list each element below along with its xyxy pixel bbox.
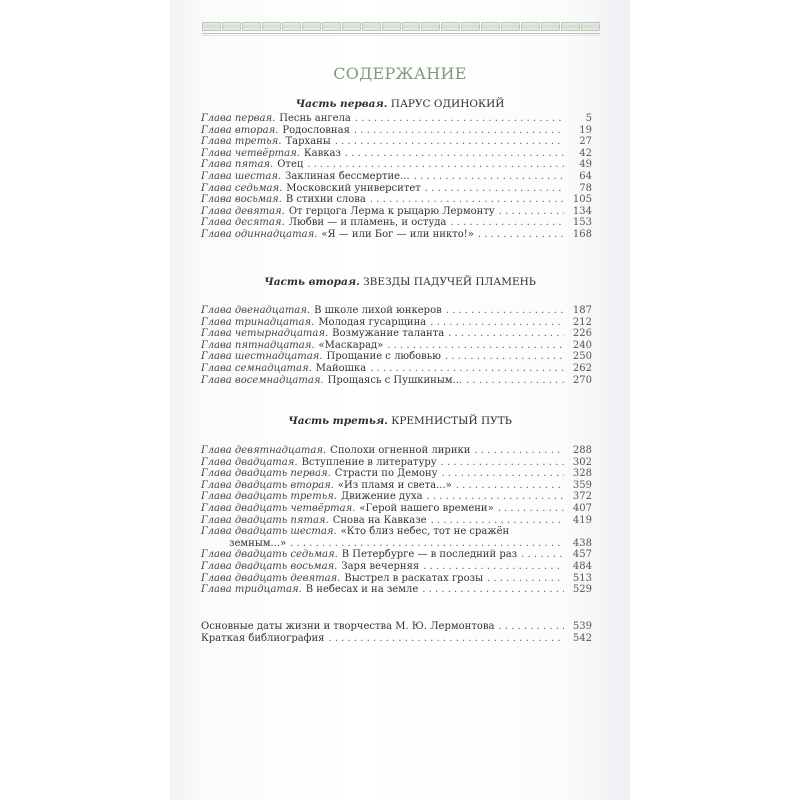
chapter-title: Страсти по Демону xyxy=(335,468,438,480)
chapter-label: Глава двадцать третья. xyxy=(201,491,337,503)
toc-entry[interactable]: земным...»438 xyxy=(201,538,592,550)
chapter-label: Глава восьмая. xyxy=(201,194,282,206)
toc-list-part-1: Глава первая.Песнь ангела5Глава вторая.Р… xyxy=(201,113,592,241)
toc-entry[interactable]: Глава тринадцатая.Молодая гусарщина212 xyxy=(201,317,592,329)
page-number: 407 xyxy=(570,503,592,515)
ornament-tile xyxy=(581,22,600,31)
leader-dots xyxy=(370,194,564,206)
toc-entry[interactable]: Глава девятая.От герцога Лерма к рыцарю … xyxy=(201,206,592,218)
ornament-tile xyxy=(282,22,301,31)
leader-dots xyxy=(430,317,564,329)
leader-dots xyxy=(498,621,564,633)
part-label: Часть третья. xyxy=(288,415,388,427)
leader-dots xyxy=(354,125,564,137)
chapter-title: Отец xyxy=(277,159,303,171)
leader-dots xyxy=(456,480,564,492)
page-number: 542 xyxy=(570,633,592,645)
chapter-label: Глава тринадцатая. xyxy=(201,317,314,329)
chapter-label: Глава девятая. xyxy=(201,206,285,218)
leader-dots xyxy=(498,503,564,515)
toc-entry[interactable]: Глава четвёртая.Кавказ42 xyxy=(201,148,592,160)
chapter-title: Сполохи огненной лирики xyxy=(330,445,470,457)
leader-dots xyxy=(422,584,564,596)
chapter-title: В Петербурге — в последний раз xyxy=(342,549,517,561)
part-label: Часть вторая. xyxy=(264,276,360,288)
page-number: 438 xyxy=(570,538,592,550)
chapter-title: В небесах и на земле xyxy=(306,584,419,596)
toc-entry[interactable]: Глава двадцать девятая.Выстрел в раската… xyxy=(201,573,592,585)
page-number: 226 xyxy=(570,328,592,340)
ornament-tile xyxy=(222,22,241,31)
leader-dots xyxy=(450,217,564,229)
chapter-label: Глава седьмая. xyxy=(201,183,282,195)
toc-entry[interactable]: Глава десятая.Любви — и пламень, и остуд… xyxy=(201,217,592,229)
chapter-label: Глава шестая. xyxy=(201,171,281,183)
chapter-label: Глава десятая. xyxy=(201,217,285,229)
toc-entry[interactable]: Глава пятая.Отец49 xyxy=(201,159,592,171)
leader-dots xyxy=(307,159,564,171)
chapter-label: Глава двадцать первая. xyxy=(201,468,331,480)
page-number: 250 xyxy=(570,351,592,363)
chapter-title: «Герой нашего времени» xyxy=(359,503,493,515)
page-title: СОДЕРЖАНИЕ xyxy=(170,64,630,83)
chapter-title: От герцога Лерма к рыцарю Лермонту xyxy=(289,206,495,218)
leader-dots xyxy=(474,445,564,457)
ornament-rule-secondary xyxy=(202,35,600,36)
leader-dots xyxy=(370,363,564,375)
ornament-tile xyxy=(362,22,381,31)
toc-entry[interactable]: Глава тридцатая.В небесах и на земле529 xyxy=(201,584,592,596)
chapter-label: Глава семнадцатая. xyxy=(201,363,312,375)
leader-dots xyxy=(335,136,564,148)
toc-entry[interactable]: Глава седьмая.Московский университет78 xyxy=(201,183,592,195)
chapter-label: Глава пятая. xyxy=(201,159,273,171)
chapter-label: Глава восемнадцатая. xyxy=(201,375,324,387)
appendix-title: Основные даты жизни и творчества М. Ю. Л… xyxy=(201,621,494,633)
page-number: 539 xyxy=(570,621,592,633)
leader-dots xyxy=(414,171,564,183)
chapter-title: «Кто близ небес, тот не сражён xyxy=(341,526,510,538)
part-label: Часть первая. xyxy=(296,98,388,110)
chapter-title: «Я — или Бог — или никто!» xyxy=(321,229,474,241)
part-heading-3: Часть третья. КРЕМНИСТЫЙ ПУТЬ xyxy=(170,415,630,427)
chapter-label: Глава двадцать девятая. xyxy=(201,573,340,585)
leader-dots xyxy=(466,375,564,387)
ornament-tile xyxy=(541,22,560,31)
chapter-title: Снова на Кавказе xyxy=(333,515,427,527)
toc-entry[interactable]: Глава двадцатая.Вступление в литературу3… xyxy=(201,457,592,469)
chapter-title: Вступление в литературу xyxy=(302,457,437,469)
toc-list-appendix: Основные даты жизни и творчества М. Ю. Л… xyxy=(201,621,592,644)
page-number: 372 xyxy=(570,491,592,503)
chapter-title: Выстрел в раскатах грозы xyxy=(344,573,483,585)
chapter-title: «Из пламя и света...» xyxy=(338,480,452,492)
toc-entry[interactable]: Глава двадцать седьмая.В Петербурге — в … xyxy=(201,549,592,561)
chapter-title: Кавказ xyxy=(304,148,341,160)
chapter-title: Заря вечерняя xyxy=(341,561,419,573)
toc-entry[interactable]: Глава восьмая.В стихии слова105 xyxy=(201,194,592,206)
ornament-tile xyxy=(262,22,281,31)
toc-entry[interactable]: Глава вторая.Родословная19 xyxy=(201,125,592,137)
leader-dots xyxy=(431,515,564,527)
toc-entry[interactable]: Глава первая.Песнь ангела5 xyxy=(201,113,592,125)
chapter-label: Глава первая. xyxy=(201,113,275,125)
part-heading-1: Часть первая. ПАРУС ОДИНОКИЙ xyxy=(170,98,630,110)
leader-dots xyxy=(427,491,564,503)
page-number: 529 xyxy=(570,584,592,596)
leader-dots xyxy=(290,538,564,550)
chapter-title: Возмужание таланта xyxy=(332,328,444,340)
ornament-tile xyxy=(402,22,421,31)
toc-entry[interactable]: Краткая библиография542 xyxy=(201,633,592,645)
toc-entry[interactable]: Глава семнадцатая.Майошка262 xyxy=(201,363,592,375)
page-number: 168 xyxy=(570,229,592,241)
chapter-label: Глава двадцатая. xyxy=(201,457,298,469)
leader-dots xyxy=(425,183,564,195)
book-page: СОДЕРЖАНИЕ Часть первая. ПАРУС ОДИНОКИЙ … xyxy=(170,0,630,800)
ornament-rule xyxy=(202,33,600,34)
chapter-label: Глава четвёртая. xyxy=(201,148,300,160)
chapter-title: В стихии слова xyxy=(286,194,366,206)
page-number: 484 xyxy=(570,561,592,573)
page-number: 64 xyxy=(570,171,592,183)
leader-dots xyxy=(448,328,564,340)
ornament-tile xyxy=(342,22,361,31)
ornament-tile xyxy=(322,22,341,31)
chapter-title: Родословная xyxy=(282,125,349,137)
page-number: 78 xyxy=(570,183,592,195)
chapter-title: Прощаясь с Пушкиным... xyxy=(328,375,462,387)
toc-entry[interactable]: Глава шестнадцатая.Прощание с любовью250 xyxy=(201,351,592,363)
toc-entry[interactable]: Глава шестая.Заклиная бессмертие...64 xyxy=(201,171,592,183)
page-number: 262 xyxy=(570,363,592,375)
leader-dots xyxy=(499,206,564,218)
chapter-label: Глава двадцать седьмая. xyxy=(201,549,338,561)
page-number: 212 xyxy=(570,317,592,329)
chapter-title: Движение духа xyxy=(341,491,423,503)
ornament-tile xyxy=(481,22,500,31)
ornament-tile xyxy=(421,22,440,31)
page-number: 359 xyxy=(570,480,592,492)
toc-entry[interactable]: Глава двадцать восьмая.Заря вечерняя484 xyxy=(201,561,592,573)
ornament-tile xyxy=(382,22,401,31)
page-number: 288 xyxy=(570,445,592,457)
chapter-label: Глава двадцать шестая. xyxy=(201,526,337,538)
toc-entry[interactable]: Глава третья.Тарханы27 xyxy=(201,136,592,148)
toc-entry[interactable]: Основные даты жизни и творчества М. Ю. Л… xyxy=(201,621,592,633)
ornament-tile xyxy=(501,22,520,31)
leader-dots xyxy=(345,148,564,160)
toc-entry[interactable]: Глава четырнадцатая.Возмужание таланта22… xyxy=(201,328,592,340)
chapter-label: Глава пятнадцатая. xyxy=(201,340,315,352)
toc-entry[interactable]: Глава двадцать вторая.«Из пламя и света.… xyxy=(201,480,592,492)
part-name: ЗВЕЗДЫ ПАДУЧЕЙ ПЛАМЕНЬ xyxy=(363,276,536,288)
page-number: 270 xyxy=(570,375,592,387)
chapter-title: В школе лихой юнкеров xyxy=(314,305,442,317)
page-number: 302 xyxy=(570,457,592,469)
chapter-title: Песнь ангела xyxy=(279,113,351,125)
chapter-label: Глава шестнадцатая. xyxy=(201,351,322,363)
chapter-title: «Маскарад» xyxy=(319,340,384,352)
toc-entry[interactable]: Глава двадцать пятая.Снова на Кавказе419 xyxy=(201,515,592,527)
ornament-tile xyxy=(461,22,480,31)
page-number: 27 xyxy=(570,136,592,148)
leader-dots xyxy=(442,468,564,480)
leader-dots xyxy=(521,549,564,561)
page-number: 105 xyxy=(570,194,592,206)
part-heading-2: Часть вторая. ЗВЕЗДЫ ПАДУЧЕЙ ПЛАМЕНЬ xyxy=(170,276,630,288)
ornament-tile xyxy=(302,22,321,31)
chapter-label: Глава третья. xyxy=(201,136,281,148)
toc-list-part-2: Глава двенадцатая.В школе лихой юнкеров1… xyxy=(201,305,592,386)
chapter-label: Глава двенадцатая. xyxy=(201,305,310,317)
page-number: 42 xyxy=(570,148,592,160)
toc-entry[interactable]: Глава девятнадцатая.Сполохи огненной лир… xyxy=(201,445,592,457)
page-number: 419 xyxy=(570,515,592,527)
chapter-title: Прощание с любовью xyxy=(326,351,441,363)
chapter-title: Московский университет xyxy=(286,183,421,195)
chapter-label: Глава двадцать восьмая. xyxy=(201,561,337,573)
chapter-label: Глава двадцать вторая. xyxy=(201,480,334,492)
chapter-label: Глава двадцать пятая. xyxy=(201,515,329,527)
leader-dots xyxy=(487,573,564,585)
page-number: 457 xyxy=(570,549,592,561)
toc-entry[interactable]: Глава двадцать шестая.«Кто близ небес, т… xyxy=(201,526,592,538)
chapter-label: Глава вторая. xyxy=(201,125,278,137)
toc-list-part-3: Глава девятнадцатая.Сполохи огненной лир… xyxy=(201,445,592,596)
chapter-label: Глава тридцатая. xyxy=(201,584,302,596)
leader-dots xyxy=(387,340,564,352)
leader-dots xyxy=(355,113,564,125)
page-number: 5 xyxy=(570,113,592,125)
appendix-title: Краткая библиография xyxy=(201,633,324,645)
chapter-label: Глава одиннадцатая. xyxy=(201,229,317,241)
page-number: 153 xyxy=(570,217,592,229)
leader-dots xyxy=(478,229,564,241)
page-number: 513 xyxy=(570,573,592,585)
leader-dots xyxy=(328,633,564,645)
toc-entry[interactable]: Глава двадцать первая.Страсти по Демону3… xyxy=(201,468,592,480)
chapter-label: Глава четырнадцатая. xyxy=(201,328,328,340)
chapter-title: Молодая гусарщина xyxy=(318,317,426,329)
chapter-title: Заклиная бессмертие... xyxy=(285,171,409,183)
page-number: 49 xyxy=(570,159,592,171)
toc-entry[interactable]: Глава двенадцатая.В школе лихой юнкеров1… xyxy=(201,305,592,317)
chapter-title: Любви — и пламень, и остуда xyxy=(289,217,447,229)
toc-entry[interactable]: Глава двадцать третья.Движение духа372 xyxy=(201,491,592,503)
page-number: 19 xyxy=(570,125,592,137)
ornament-tile xyxy=(242,22,261,31)
chapter-title: Тарханы xyxy=(285,136,330,148)
leader-dots xyxy=(446,305,564,317)
leader-dots xyxy=(441,457,564,469)
chapter-label: Глава девятнадцатая. xyxy=(201,445,326,457)
header-ornament xyxy=(202,22,600,31)
toc-entry[interactable]: Глава одиннадцатая.«Я — или Бог — или ни… xyxy=(201,229,592,241)
ornament-tile xyxy=(202,22,221,31)
leader-dots xyxy=(423,561,564,573)
ornament-tile xyxy=(561,22,580,31)
chapter-title: Майошка xyxy=(316,363,366,375)
page-number: 134 xyxy=(570,206,592,218)
toc-entry[interactable]: Глава восемнадцатая.Прощаясь с Пушкиным.… xyxy=(201,375,592,387)
page-number: 240 xyxy=(570,340,592,352)
leader-dots xyxy=(445,351,564,363)
chapter-label: Глава двадцать четвёртая. xyxy=(201,503,355,515)
chapter-title-continued: земным...» xyxy=(229,538,286,550)
toc-entry[interactable]: Глава пятнадцатая.«Маскарад»240 xyxy=(201,340,592,352)
page-number: 187 xyxy=(570,305,592,317)
ornament-tile xyxy=(521,22,540,31)
toc-entry[interactable]: Глава двадцать четвёртая.«Герой нашего в… xyxy=(201,503,592,515)
page-number: 328 xyxy=(570,468,592,480)
ornament-tile xyxy=(441,22,460,31)
part-name: КРЕМНИСТЫЙ ПУТЬ xyxy=(391,415,512,427)
part-name: ПАРУС ОДИНОКИЙ xyxy=(391,98,505,110)
